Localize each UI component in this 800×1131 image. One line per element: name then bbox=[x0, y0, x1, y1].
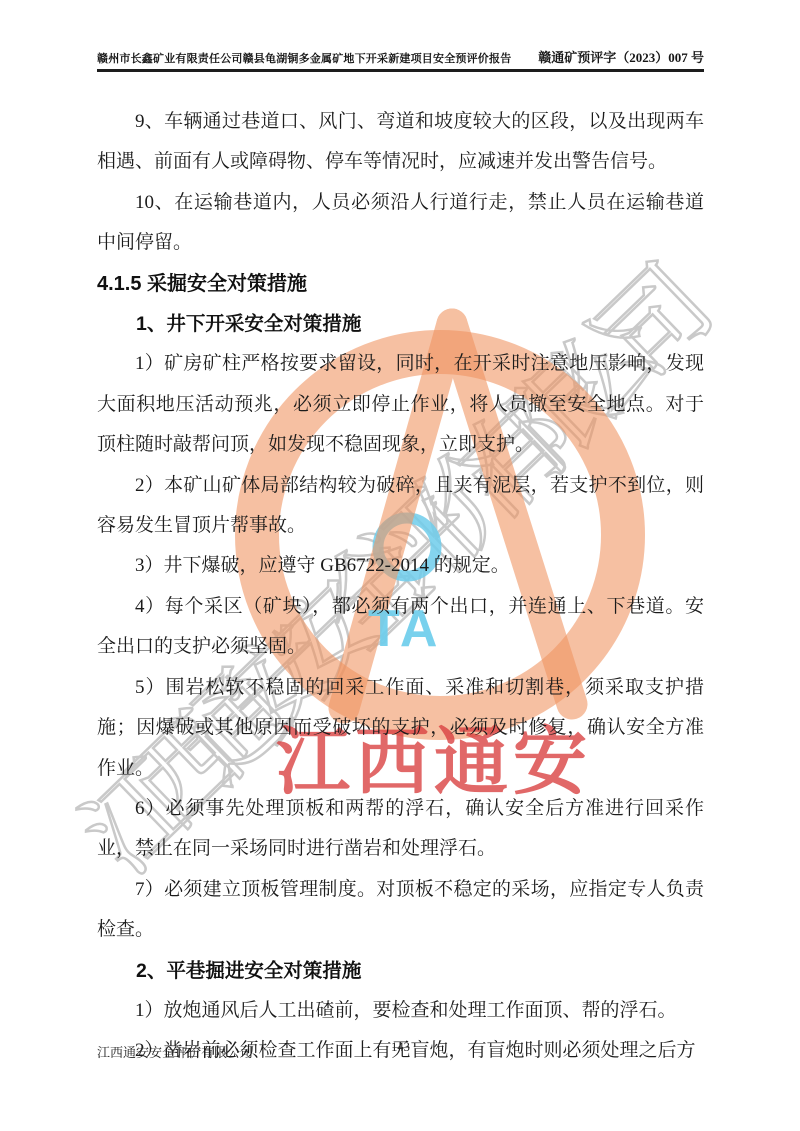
section-heading: 4.1.5 采掘安全对策措施 bbox=[97, 264, 704, 304]
document-page: 江西通安安全评价有限公司 TA 江西通安 赣州市长鑫矿业有限责任公司赣县龟湖铜多… bbox=[0, 0, 800, 1131]
paragraph: 4）每个采区（矿块），都必须有两个出口，并连通上、下巷道。安全出口的支护必须坚固… bbox=[97, 587, 704, 668]
footer-page-number: 143 bbox=[97, 1040, 704, 1055]
paragraph: 2）本矿山矿体局部结构较为破碎，且夹有泥层，若支护不到位，则容易发生冒顶片帮事故… bbox=[97, 466, 704, 547]
paragraph: 1）矿房矿柱严格按要求留设，同时，在开采时注意地压影响，发现大面积地压活动预兆，… bbox=[97, 344, 704, 465]
sub-heading: 2、平巷掘进安全对策措施 bbox=[97, 951, 704, 991]
paragraph: 3）井下爆破，应遵守 GB6722-2014 的规定。 bbox=[97, 546, 704, 586]
page-footer: 江西通安安全评价有限公司 143 bbox=[97, 1042, 704, 1062]
paragraph: 6）必须事先处理顶板和两帮的浮石，确认安全后方准进行回采作业，禁止在同一采场同时… bbox=[97, 789, 704, 870]
paragraph: 9、车辆通过巷道口、风门、弯道和坡度较大的区段，以及出现两车相遇、前面有人或障碍… bbox=[97, 102, 704, 183]
page-header: 赣州市长鑫矿业有限责任公司赣县龟湖铜多金属矿地下开采新建项目安全预评价报告 赣通… bbox=[97, 47, 704, 66]
header-doc-number: 赣通矿预评字（2023）007 号 bbox=[538, 47, 704, 66]
paragraph: 7）必须建立顶板管理制度。对顶板不稳定的采场，应指定专人负责检查。 bbox=[97, 870, 704, 951]
document-content: 9、车辆通过巷道口、风门、弯道和坡度较大的区段，以及出现两车相遇、前面有人或障碍… bbox=[97, 102, 704, 1072]
sub-heading: 1、井下开采安全对策措施 bbox=[97, 304, 704, 344]
paragraph: 5）围岩松软不稳固的回采工作面、采准和切割巷，须采取支护措施；因爆破或其他原因而… bbox=[97, 668, 704, 789]
header-report-title: 赣州市长鑫矿业有限责任公司赣县龟湖铜多金属矿地下开采新建项目安全预评价报告 bbox=[97, 50, 511, 66]
paragraph: 1）放炮通风后人工出碴前，要检查和处理工作面顶、帮的浮石。 bbox=[97, 991, 704, 1031]
header-divider bbox=[97, 69, 704, 72]
paragraph: 10、在运输巷道内，人员必须沿人行道行走，禁止人员在运输巷道中间停留。 bbox=[97, 183, 704, 264]
